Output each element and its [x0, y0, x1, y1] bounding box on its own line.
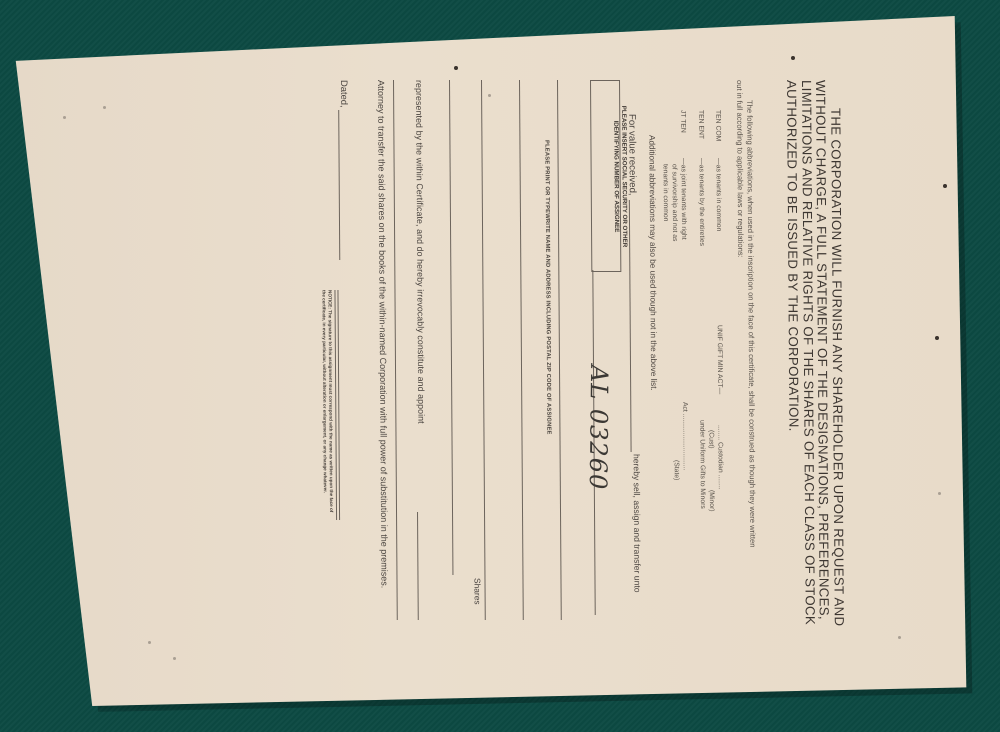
- ssn-label: PLEASE INSERT SOCIAL SECURITY OR OTHER I…: [612, 84, 628, 269]
- assignee-address-line[interactable]: [519, 80, 524, 620]
- abbreviations-intro: The following abbreviations, when used i…: [734, 80, 758, 620]
- paper-speck: [103, 106, 106, 109]
- staple-hole: [791, 56, 795, 60]
- staple-hole: [454, 66, 458, 70]
- unif-gift-custodian: ........ Custodian ........: [715, 425, 724, 490]
- additional-abbreviations-note: Additional abbreviations may also be use…: [647, 135, 658, 391]
- heading-line: AUTHORIZED TO BE ISSUED BY THE CORPORATI…: [784, 80, 802, 612]
- abbr-code-ten-ent: TEN ENT: [696, 110, 705, 139]
- unif-gift-label: UNIF GIFT MIN ACT—: [715, 325, 724, 394]
- certificate-content: THE CORPORATION WILL FURNISH ANY SHAREHO…: [282, 80, 846, 620]
- ssn-label-line: PLEASE INSERT SOCIAL SECURITY OR OTHER: [620, 84, 629, 269]
- address-line-2[interactable]: [481, 80, 486, 620]
- staple-hole: [943, 184, 947, 188]
- represented-label: represented by the within Certificate, a…: [414, 80, 426, 424]
- attorney-line[interactable]: [393, 80, 398, 620]
- abbr-code-jt-ten: JT TEN: [678, 110, 687, 133]
- staple-hole: [935, 336, 939, 340]
- abbr-meaning-jt-ten: —as joint tenants with right: [679, 158, 689, 240]
- signature-notice: NOTICE: The signature to this assignment…: [321, 290, 337, 520]
- paper-speck: [938, 492, 941, 495]
- paper-speck: [898, 636, 901, 639]
- legal-heading: THE CORPORATION WILL FURNISH ANY SHAREHO…: [784, 80, 846, 612]
- paper-speck: [173, 657, 176, 660]
- assignee-name-line[interactable]: [557, 80, 562, 620]
- for-value-received-label: For value received,: [626, 114, 638, 196]
- dated-label: Dated,: [339, 80, 350, 108]
- hereby-sell-label: hereby sell, assign and transfer unto: [632, 454, 643, 593]
- heading-line: LIMITATIONS AND RELATIVE RIGHTS OF THE S…: [799, 80, 817, 612]
- abbr-meaning-jt-ten-2: of survivorship and not as: [670, 164, 680, 241]
- date-line[interactable]: [338, 110, 340, 260]
- unif-gift-under: under Uniform Gifts to Minors: [697, 420, 707, 509]
- unif-gift-minor: (Minor): [707, 490, 716, 512]
- abbr-meaning-jt-ten-3: tenants in common: [661, 164, 670, 221]
- paper-speck: [148, 641, 151, 644]
- abbr-meaning-ten-com: —as tenants in common: [714, 158, 724, 231]
- unif-gift-state: (State): [672, 460, 681, 480]
- signature-line[interactable]: [337, 290, 340, 520]
- shares-label: Shares: [472, 578, 482, 605]
- attorney-name-line[interactable]: [417, 512, 419, 620]
- abbr-code-ten-com: TEN COM: [713, 110, 722, 141]
- shares-count-line[interactable]: [449, 80, 453, 575]
- attorney-clause: Attorney to transfer the said shares on …: [375, 80, 391, 620]
- handwritten-entry: AL 03260: [584, 365, 613, 491]
- assignor-line[interactable]: [629, 200, 632, 452]
- print-name-address-label: PLEASE PRINT OR TYPEWRITE NAME AND ADDRE…: [543, 140, 551, 435]
- abbr-meaning-ten-ent: —as tenants by the entireties: [697, 158, 707, 246]
- unif-gift-cust: (Cust): [706, 430, 715, 449]
- unif-gift-act: Act ..............................: [680, 402, 689, 470]
- paper-speck: [63, 116, 66, 119]
